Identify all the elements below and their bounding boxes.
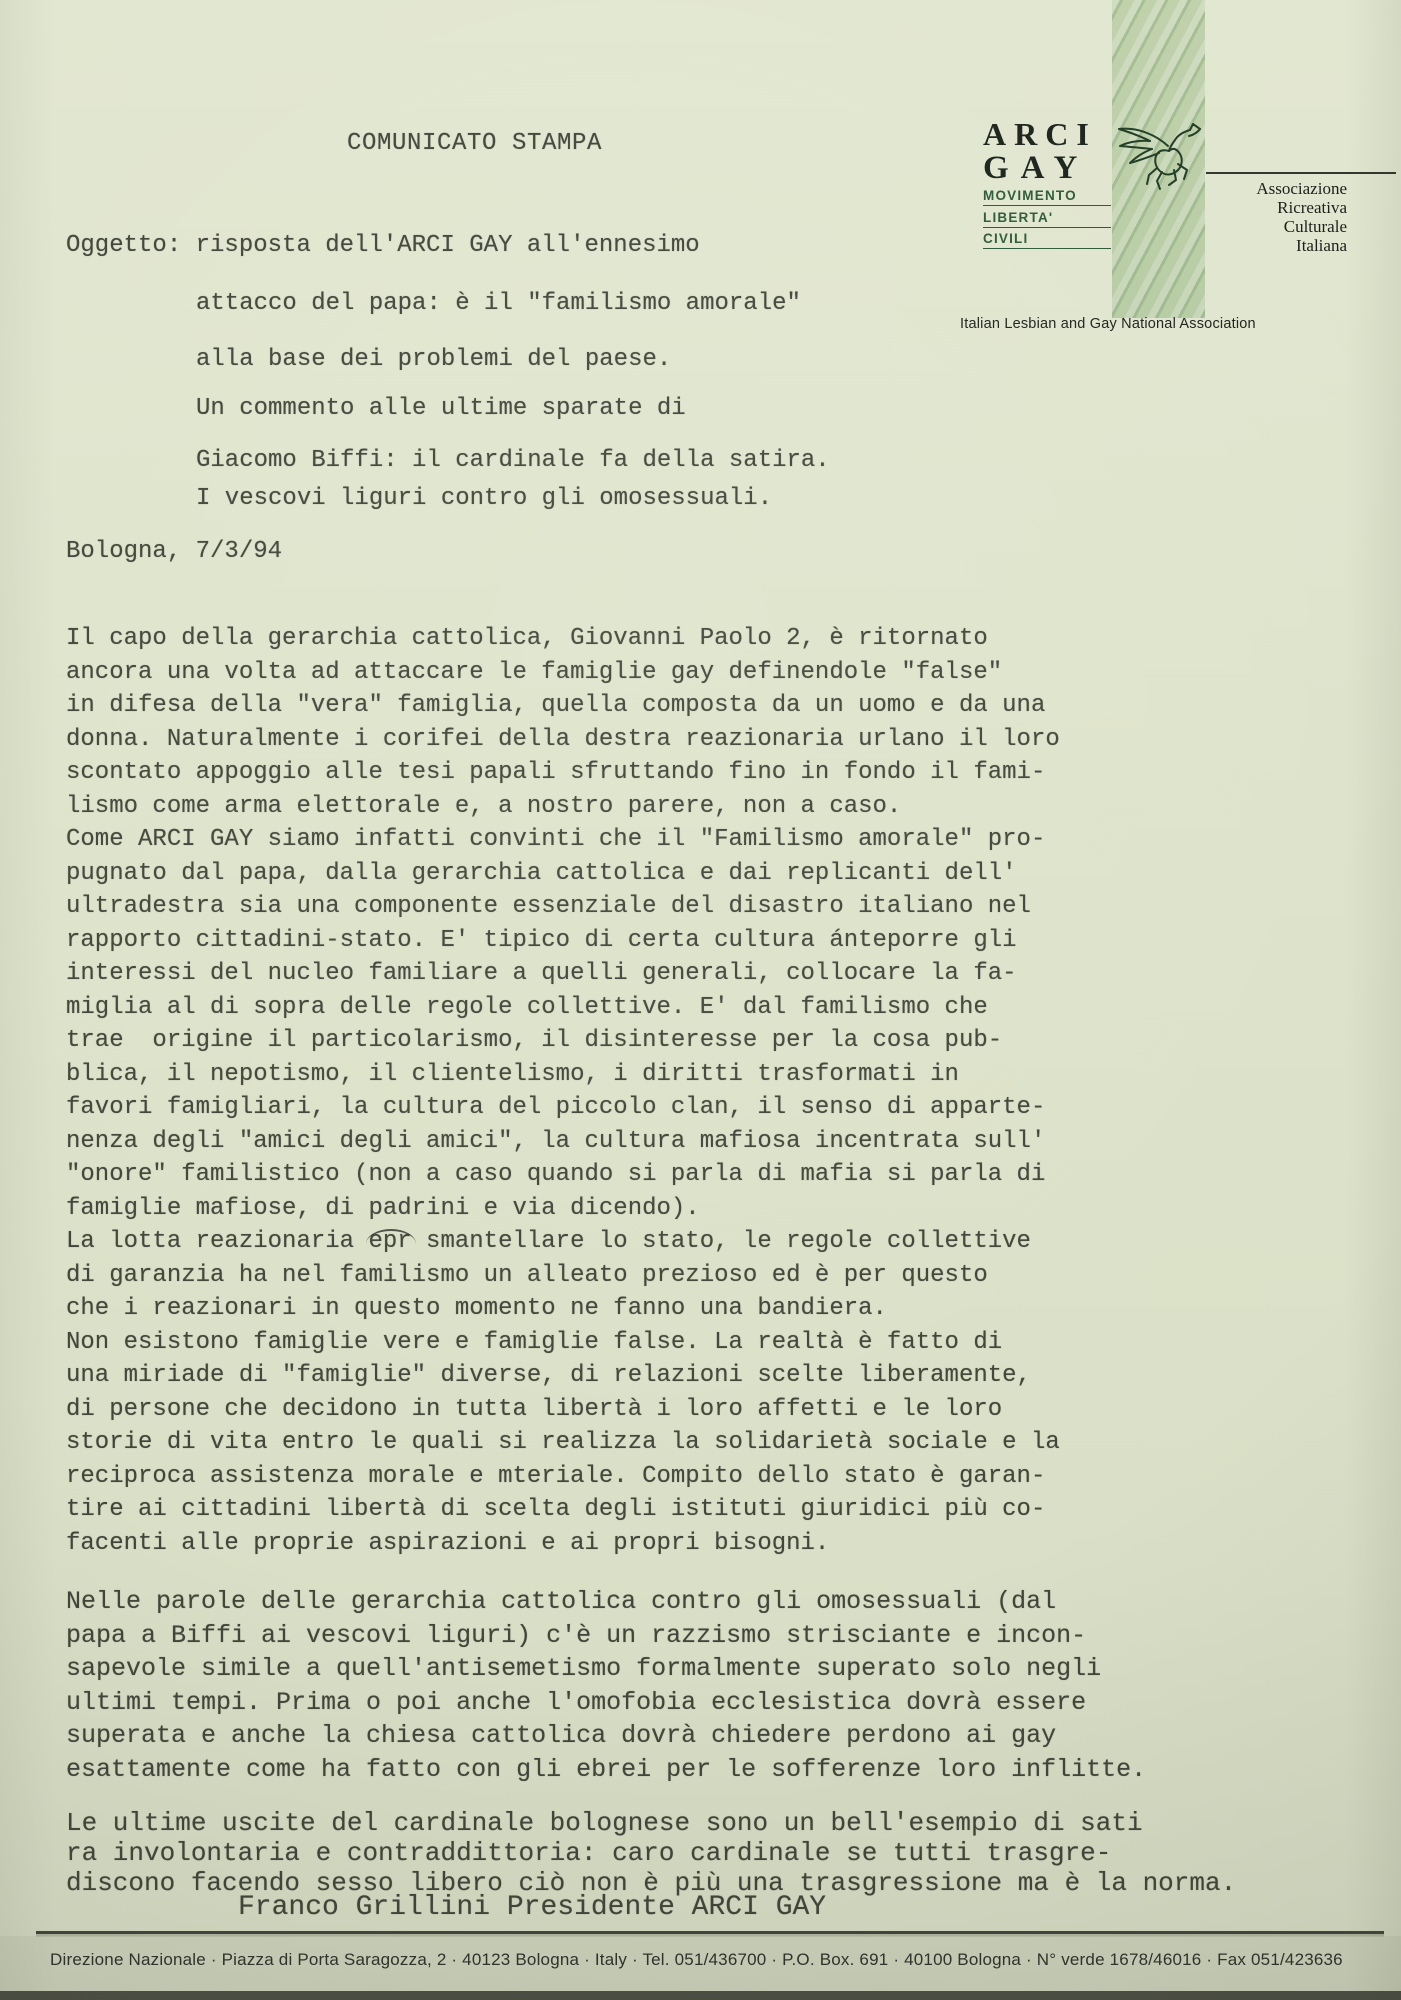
page-title: COMUNICATO STAMPA [347,130,602,157]
subject-line: alla base dei problemi del paese. [196,346,671,373]
body-line: blica, il nepotismo, il clientelismo, i … [66,1058,1060,1092]
body-line: Il capo della gerarchia cattolica, Giova… [66,622,1060,656]
subject-line: Un commento alle ultime sparate di [196,395,686,422]
body-line: miglia al di sopra delle regole colletti… [66,991,1060,1025]
body-line: di persone che decidono in tutta libertà… [66,1393,1060,1427]
body-paragraph-1: Il capo della gerarchia cattolica, Giova… [66,622,1060,1560]
movement-line: CIVILI [983,231,1111,249]
body-line: sapevole simile a quell'antisemetismo fo… [66,1652,1146,1686]
subject-block: Oggetto: risposta dell'ARCI GAY all'enne… [66,232,124,367]
body-line: tire ai cittadini libertà di scelta degl… [66,1493,1060,1527]
body-line: "onore" familistico (non a caso quando s… [66,1158,1060,1192]
body-line: una miriade di "famiglie" diverse, di re… [66,1359,1060,1393]
body-line: scontato appoggio alle tesi papali sfrut… [66,756,1060,790]
body-line: che i reazionari in questo momento ne fa… [66,1292,1060,1326]
body-line: ra involontaria e contraddittoria: caro … [66,1838,1236,1868]
org-name-line1: ARCI [983,116,1097,153]
body-line: trae origine il particolarismo, il disin… [66,1024,1060,1058]
body-line: ultradestra sia una componente essenzial… [66,890,1060,924]
body-line: La lotta reazionaria epr smantellare lo … [66,1225,1060,1259]
body-line: pugnato dal papa, dalla gerarchia cattol… [66,857,1060,891]
association-divider-line [1206,172,1396,174]
body-line: superata e anche la chiesa cattolica dov… [66,1719,1146,1753]
body-line: Non esistono famiglie vere e famiglie fa… [66,1326,1060,1360]
subject-first-line: Oggetto: risposta dell'ARCI GAY all'enne… [66,232,700,259]
body-line: papa a Biffi ai vescovi liguri) c'è un r… [66,1619,1146,1653]
association-line: Associazione [1205,179,1347,198]
english-subtitle: Italian Lesbian and Gay National Associa… [960,316,1256,332]
signature-line: Franco Grillini Presidente ARCI GAY [238,1892,826,1923]
body-line: storie di vita entro le quali si realizz… [66,1426,1060,1460]
subject-line: attacco del papa: è il "familismo amoral… [196,290,801,317]
body-line: Le ultime uscite del cardinale bolognese… [66,1808,1236,1838]
body-line: facenti alle proprie aspirazioni e ai pr… [66,1527,1060,1561]
body-line: lismo come arma elettorale e, a nostro p… [66,790,1060,824]
body-line: reciproca assistenza morale e mteriale. … [66,1460,1060,1494]
body-line: ancora una volta ad attaccare le famigli… [66,656,1060,690]
body-line: ultimi tempi. Prima o poi anche l'omofob… [66,1686,1146,1720]
body-line: di garanzia ha nel familismo un alleato … [66,1259,1060,1293]
pegasus-icon [1112,116,1207,196]
body-line: donna. Naturalmente i corifei della dest… [66,723,1060,757]
body-line: famiglie mafiose, di padrini e via dicen… [66,1192,1060,1226]
body-line: Come ARCI GAY siamo infatti convinti che… [66,823,1060,857]
association-line: Italiana [1205,236,1347,255]
scan-bottom-edge [0,1991,1401,2000]
dateline: Bologna, 7/3/94 [66,538,282,565]
body-line: in difesa della "vera" famiglia, quella … [66,689,1060,723]
movement-motto: MOVIMENTOLIBERTA'CIVILI [983,188,1111,253]
body-line: esattamente come ha fatto con gli ebrei … [66,1753,1146,1787]
body-paragraph-3: Le ultime uscite del cardinale bolognese… [66,1808,1236,1898]
press-release-page: ARCI GAY MOVIMENTOLIBERTA'CIVILI Associa… [0,0,1401,2000]
body-line: rapporto cittadini-stato. E' tipico di c… [66,924,1060,958]
org-name-line2: GAY [983,150,1089,187]
body-line: interessi del nucleo familiare a quelli … [66,957,1060,991]
body-line: Nelle parole delle gerarchia cattolica c… [66,1585,1146,1619]
footer-address: Direzione Nazionale · Piazza di Porta Sa… [50,1950,1380,1970]
subject-line: I vescovi liguri contro gli omosessuali. [196,485,772,512]
subject-line: Giacomo Biffi: il cardinale fa della sat… [196,447,830,474]
association-line: Culturale [1205,217,1347,236]
footer-divider-line [36,1931,1384,1934]
association-line: Ricreativa [1205,198,1347,217]
association-name: AssociazioneRicreativaCulturaleItaliana [1205,179,1347,255]
body-line: nenza degli "amici degli amici", la cult… [66,1125,1060,1159]
body-line: favori famigliari, la cultura del piccol… [66,1091,1060,1125]
movement-line: MOVIMENTO [983,188,1111,206]
body-paragraph-2: Nelle parole delle gerarchia cattolica c… [66,1585,1146,1786]
movement-line: LIBERTA' [983,210,1111,228]
